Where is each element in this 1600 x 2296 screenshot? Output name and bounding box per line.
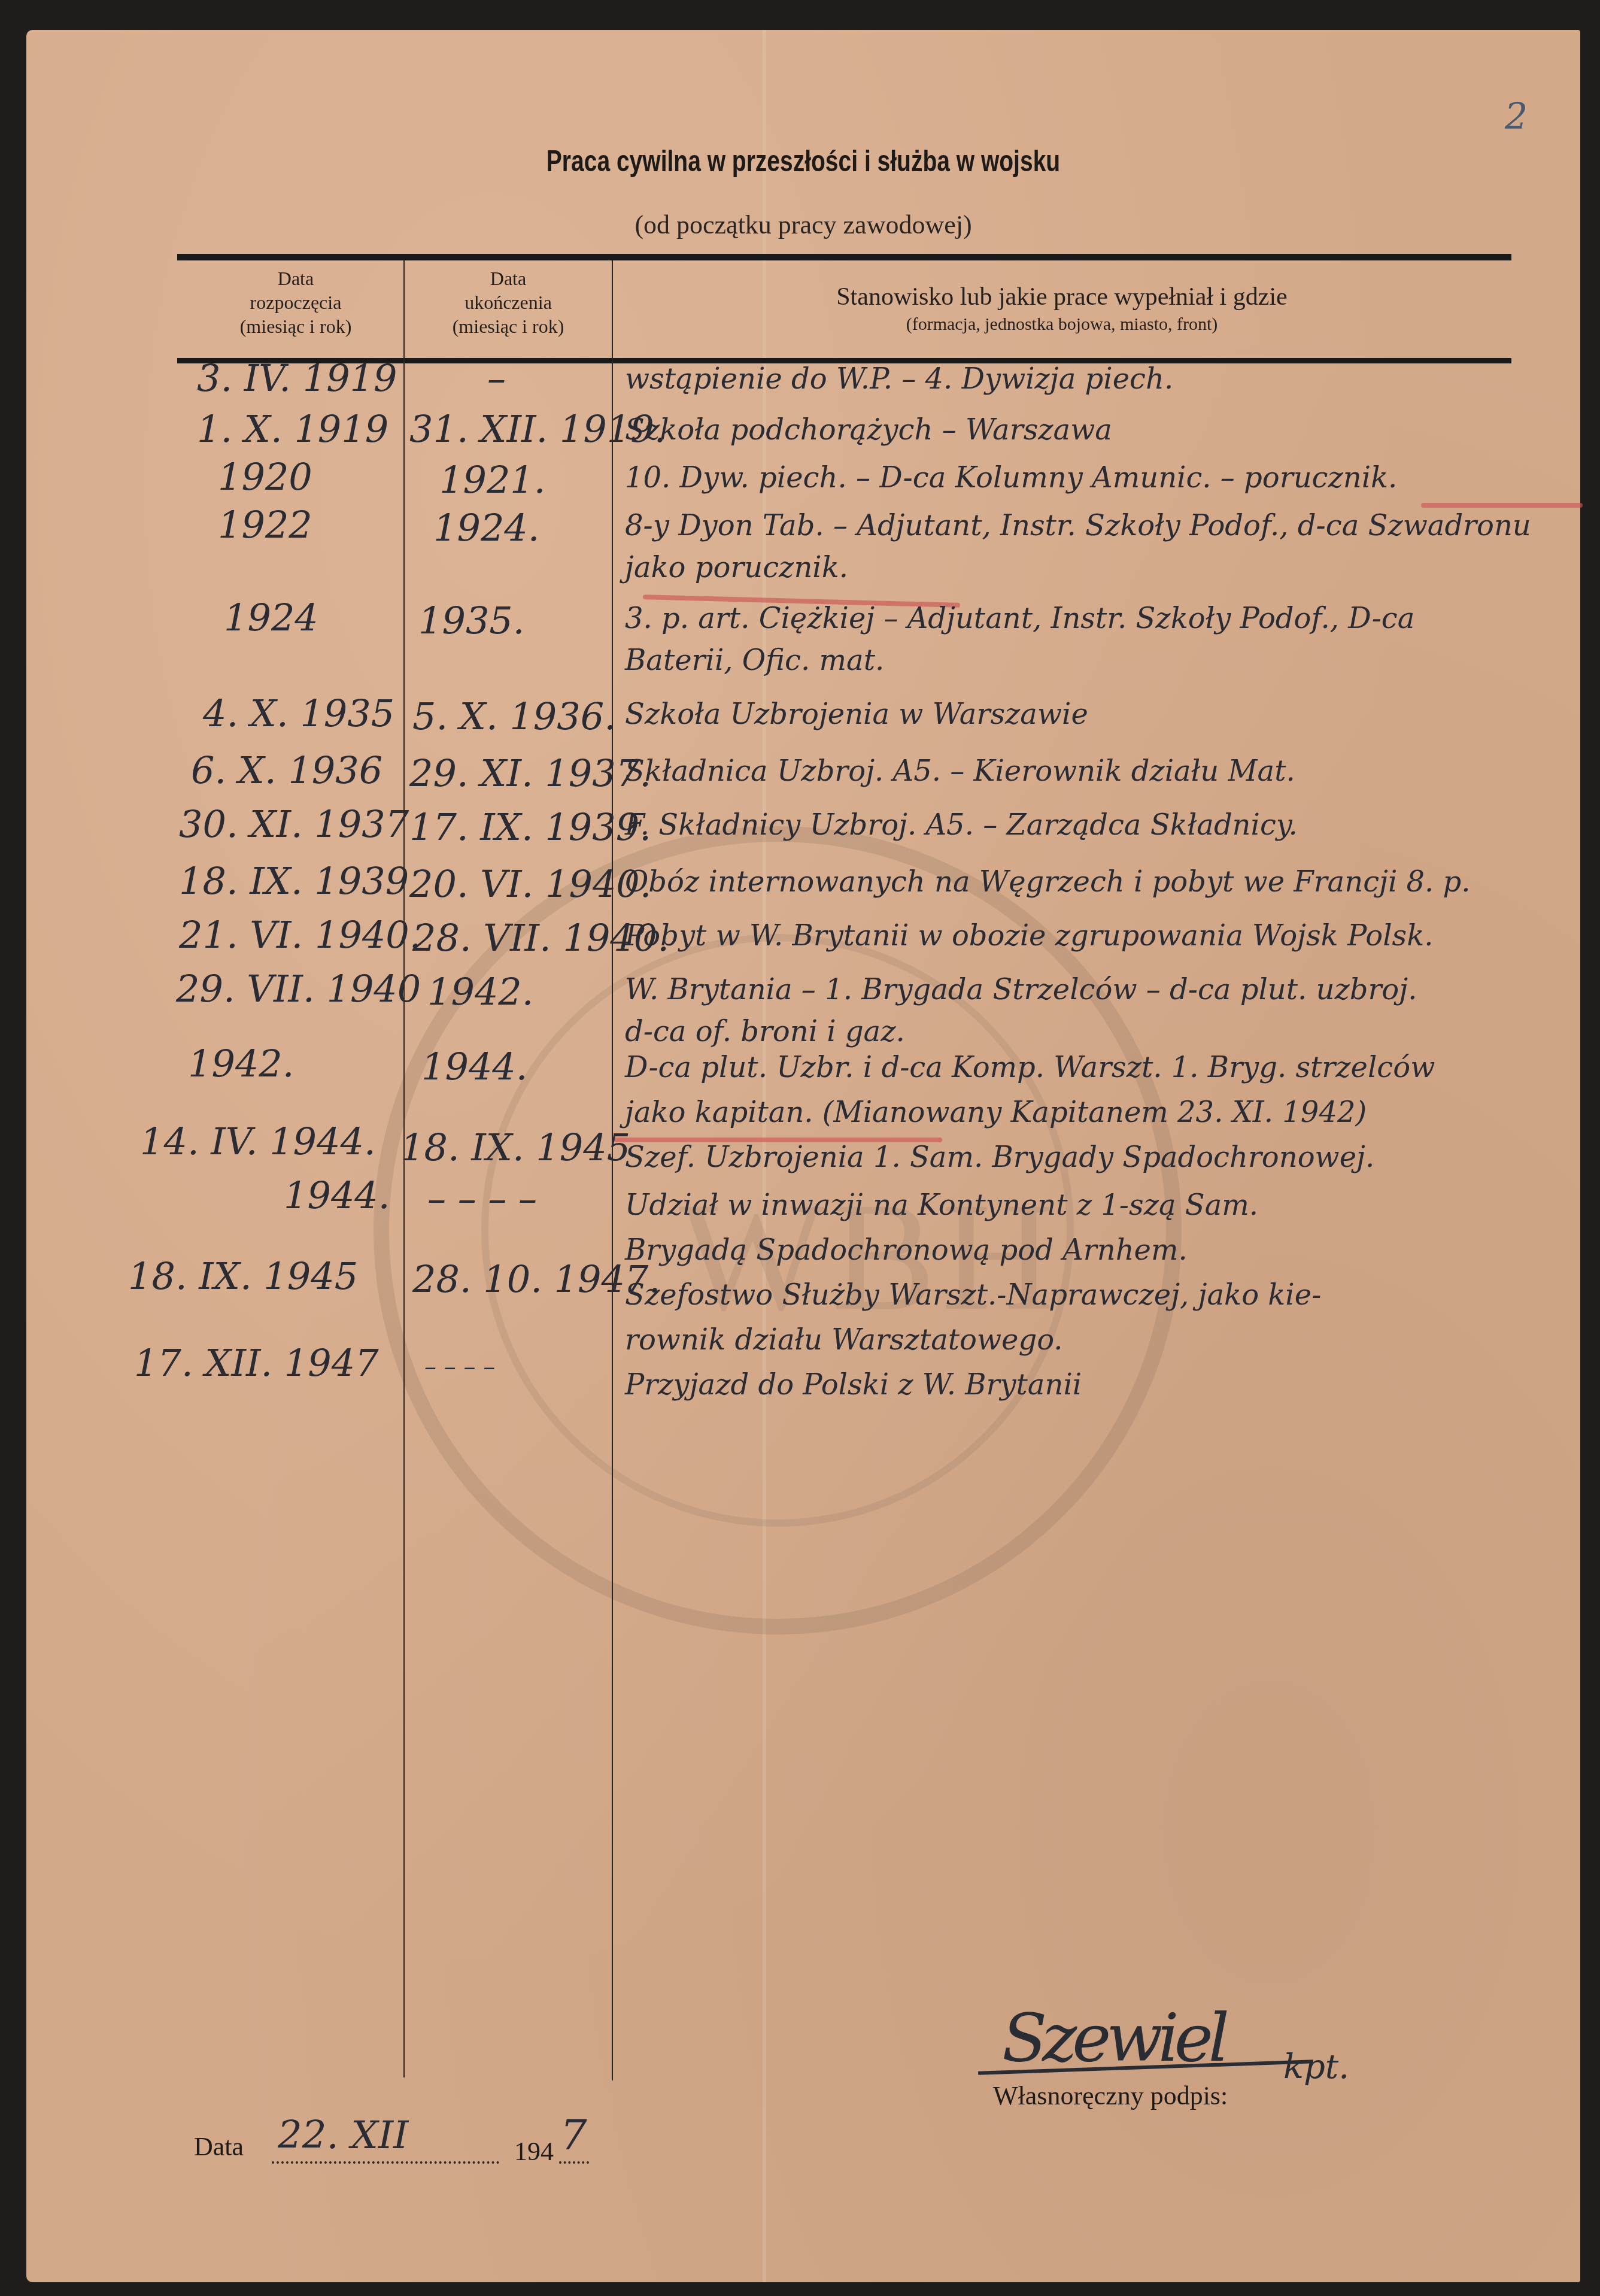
row-description: F. Składnicy Uzbroj. A5. – Zarządca Skła…	[625, 808, 1298, 842]
row-end-date: 29. XI. 1937.	[409, 751, 651, 795]
row-description: Szef. Uzbrojenia 1. Sam. Brygady Spadoch…	[625, 1141, 1374, 1174]
row-description: wstąpienie do W.P. – 4. Dywizja piech.	[625, 362, 1173, 396]
date-dotted-line	[272, 2161, 499, 2164]
signature-rank: kpt.	[1283, 2048, 1349, 2086]
row-description-cont: Baterii, Ofic. mat.	[625, 644, 884, 677]
row-start-date: 30. XI. 1937	[179, 802, 409, 846]
row-start-date: 18. IX. 1939	[179, 859, 409, 903]
date-value: 22. XII	[278, 2113, 408, 2158]
row-end-date: –	[487, 356, 506, 400]
row-description: 3. p. art. Ciężkiej – Adjutant, Instr. S…	[625, 602, 1414, 635]
signature-label: Własnoręczny podpis:	[993, 2080, 1228, 2111]
row-description: Obóz internowanych na Węgrzech i pobyt w…	[625, 865, 1471, 899]
row-end-date: 1924.	[433, 506, 540, 550]
row-start-date: 17. XII. 1947	[134, 1341, 379, 1385]
row-start-date: 29. VII. 1940	[176, 967, 421, 1011]
row-description-cont: d-ca of. broni i gaz.	[625, 1015, 905, 1048]
year-suffix: 7	[560, 2110, 587, 2159]
row-description: Pobyt w W. Brytanii w obozie zgrupowania…	[625, 919, 1434, 953]
year-dotted-line	[559, 2161, 589, 2164]
row-end-date: 20. VI. 1940.	[409, 862, 651, 906]
row-description: D-ca plut. Uzbr. i d-ca Komp. Warszt. 1.…	[625, 1051, 1435, 1084]
row-end-date: 17. IX. 1939.	[409, 805, 651, 849]
row-start-date: 1942.	[188, 1042, 295, 1085]
row-description-cont: jako porucznik.	[625, 551, 848, 584]
row-start-date: 1. X. 1919	[197, 407, 388, 451]
date-label: Data	[194, 2131, 244, 2162]
row-start-date: 1924	[224, 596, 318, 639]
row-end-date: 28. 10. 1947.	[412, 1257, 660, 1301]
row-description-cont: Brygadą Spadochronową pod Arnhem.	[625, 1233, 1188, 1267]
row-start-date: 4. X. 1935	[203, 691, 394, 735]
row-description: 10. Dyw. piech. – D-ca Kolumny Amunic. –…	[625, 461, 1397, 495]
row-end-date: 1921.	[439, 458, 546, 502]
row-start-date: 6. X. 1936	[191, 748, 382, 792]
row-start-date: 1922	[218, 503, 312, 547]
row-start-date: 3. IV. 1919	[197, 356, 397, 400]
document-page: WBH 2 Praca cywilna w przeszłości i służ…	[26, 30, 1580, 2282]
row-end-date: 1935.	[418, 599, 525, 642]
row-description: Szkoła Uzbrojenia w Warszawie	[625, 697, 1088, 731]
row-description: Udział w inwazji na Kontynent z 1-szą Sa…	[625, 1188, 1258, 1222]
handwritten-signature: Szewiel	[1002, 2000, 1225, 2076]
row-description: W. Brytania – 1. Brygada Strzelców – d-c…	[625, 973, 1417, 1006]
table-body: 3. IV. 1919 – wstąpienie do W.P. – 4. Dy…	[26, 30, 1580, 2282]
row-end-date: 18. IX. 1945	[400, 1126, 630, 1169]
row-end-date: – – – –	[424, 1353, 495, 1381]
row-description: 8-y Dyon Tab. – Adjutant, Instr. Szkoły …	[625, 509, 1531, 542]
row-end-date: 1942.	[427, 970, 534, 1014]
row-start-date: 14. IV. 1944.	[140, 1120, 376, 1163]
row-start-date: 21. VI. 1940.	[179, 913, 421, 957]
row-description-cont: rownik działu Warsztatowego.	[625, 1323, 1063, 1357]
row-description-cont: jako kapitan. (Mianowany Kapitanem 23. X…	[625, 1096, 1367, 1129]
row-description: Szefostwo Służby Warszt.-Naprawczej, jak…	[625, 1278, 1321, 1312]
row-start-date: 18. IX. 1945	[128, 1254, 358, 1298]
row-description: Szkoła podchorążych – Warszawa	[625, 413, 1112, 447]
row-end-date: – – – –	[427, 1176, 537, 1220]
row-end-date: 5. X. 1936.	[412, 694, 616, 738]
row-description: Składnica Uzbroj. A5. – Kierownik działu…	[625, 754, 1295, 788]
row-start-date: 1944.	[284, 1173, 390, 1217]
red-underline	[1421, 503, 1583, 508]
row-start-date: 1920	[218, 455, 312, 499]
row-end-date: 1944.	[421, 1045, 528, 1088]
row-description: Przyjazd do Polski z W. Brytanii	[625, 1368, 1082, 1402]
year-prefix: 194	[514, 2136, 554, 2167]
